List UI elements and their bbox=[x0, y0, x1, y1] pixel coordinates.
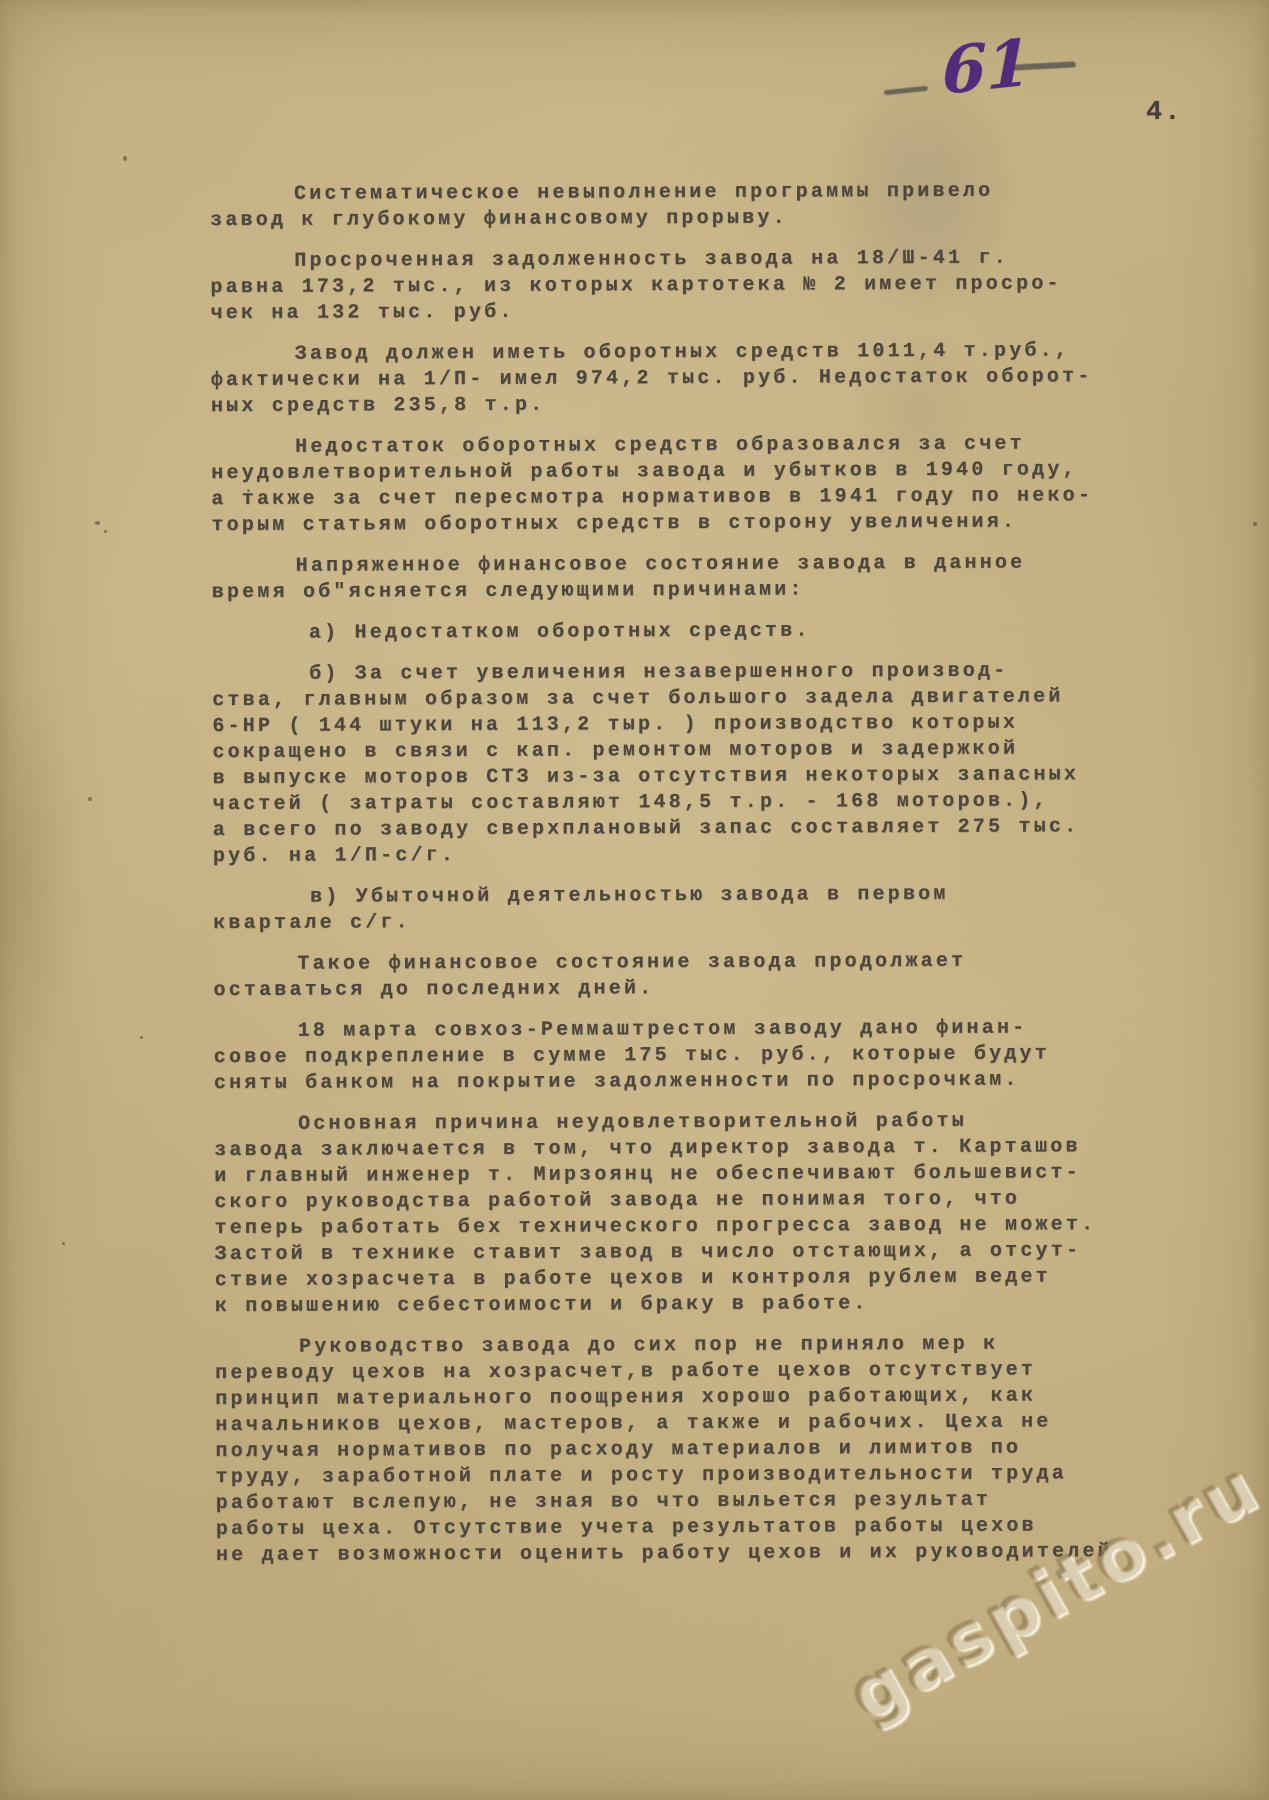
paragraph: Просроченная задолженность завода на 18/… bbox=[210, 245, 1155, 327]
paragraph: Систематическое невыполнение программы п… bbox=[210, 178, 1155, 234]
page-number: 4. bbox=[1146, 98, 1182, 128]
paragraph-item-v: в) Убыточной деятельностью завода в перв… bbox=[213, 881, 1158, 937]
paragraph: Такое финансовое состояние завода продол… bbox=[213, 948, 1158, 1004]
paper-speck bbox=[123, 156, 127, 161]
paragraph: Завод должен иметь оборотных средств 101… bbox=[211, 338, 1156, 420]
paper-speck bbox=[62, 1242, 65, 1245]
document-page: 61 4. Систематическое невыполнение прогр… bbox=[0, 0, 1269, 1800]
paragraph-item-a: а) Недостатком оборотных средств. bbox=[212, 617, 1157, 647]
paper-smudge bbox=[0, 620, 100, 1140]
paragraph: Напряженное финансовое состояние завода … bbox=[212, 550, 1157, 606]
paper-speck bbox=[95, 521, 100, 525]
paper-speck bbox=[1253, 522, 1257, 526]
paragraph: Основная причина неудовлетворительной ра… bbox=[214, 1108, 1160, 1320]
paragraph-item-b: б) За счет увеличения незавершенного про… bbox=[212, 658, 1158, 870]
paragraph: Руководство завода до сих пор не приняло… bbox=[215, 1331, 1161, 1569]
paragraph: Недостаток оборотных средств образовался… bbox=[211, 431, 1156, 539]
paper-speck bbox=[104, 530, 107, 533]
document-body: Систематическое невыполнение программы п… bbox=[210, 178, 1161, 1584]
paper-speck bbox=[88, 797, 92, 801]
handwritten-archival-number: 61 bbox=[942, 25, 1031, 110]
pencil-dash-left bbox=[884, 86, 928, 96]
paragraph: 18 марта совхоз-Реммаштрестом заводу дан… bbox=[214, 1015, 1159, 1097]
paper-speck bbox=[140, 1036, 143, 1039]
